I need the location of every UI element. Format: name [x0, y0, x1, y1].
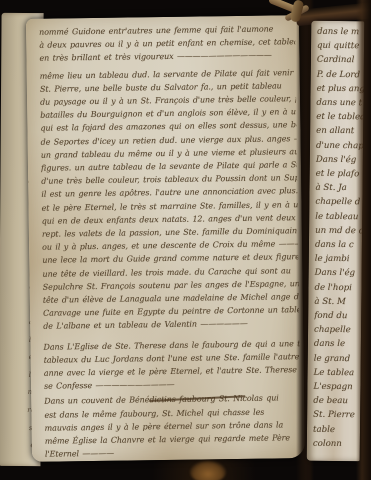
- left-manuscript-page: nommé Guidone entr'autres une femme qui …: [26, 15, 305, 462]
- paragraph: nommé Guidone entr'autres une femme qui …: [39, 22, 296, 65]
- text-line: se Confesse ——————————: [44, 376, 300, 393]
- paragraph: Dans un couvent de Bénédictins faubourg …: [44, 392, 301, 462]
- paragraph: une lece la mort du Guide grand comme na…: [42, 251, 299, 334]
- manuscript-photo: t.f,e.T.ialfl.athquled.telegellsa.lee,le…: [0, 0, 371, 480]
- text-fragment: e: [0, 437, 35, 455]
- left-page-text: nommé Guidone entr'autres une femme qui …: [39, 22, 301, 461]
- paragraph: Dans L'Eglise de Ste. Therese dans le fa…: [43, 337, 300, 393]
- text-line: de L'albane et un tableau de Valentin ——…: [43, 317, 299, 334]
- text-fragment: nt: [0, 384, 35, 402]
- text-line: en très brillant et très vigoureux —————…: [39, 49, 295, 66]
- paragraph: même lieu un tableau dud. la servante de…: [40, 66, 299, 254]
- page-torn-edge: [356, 0, 371, 480]
- text-line: l'Eternel ————: [45, 444, 301, 461]
- text-fragment: re: [0, 402, 35, 420]
- cover-edge-blob: [190, 461, 226, 480]
- text-fragment: s.: [0, 420, 35, 438]
